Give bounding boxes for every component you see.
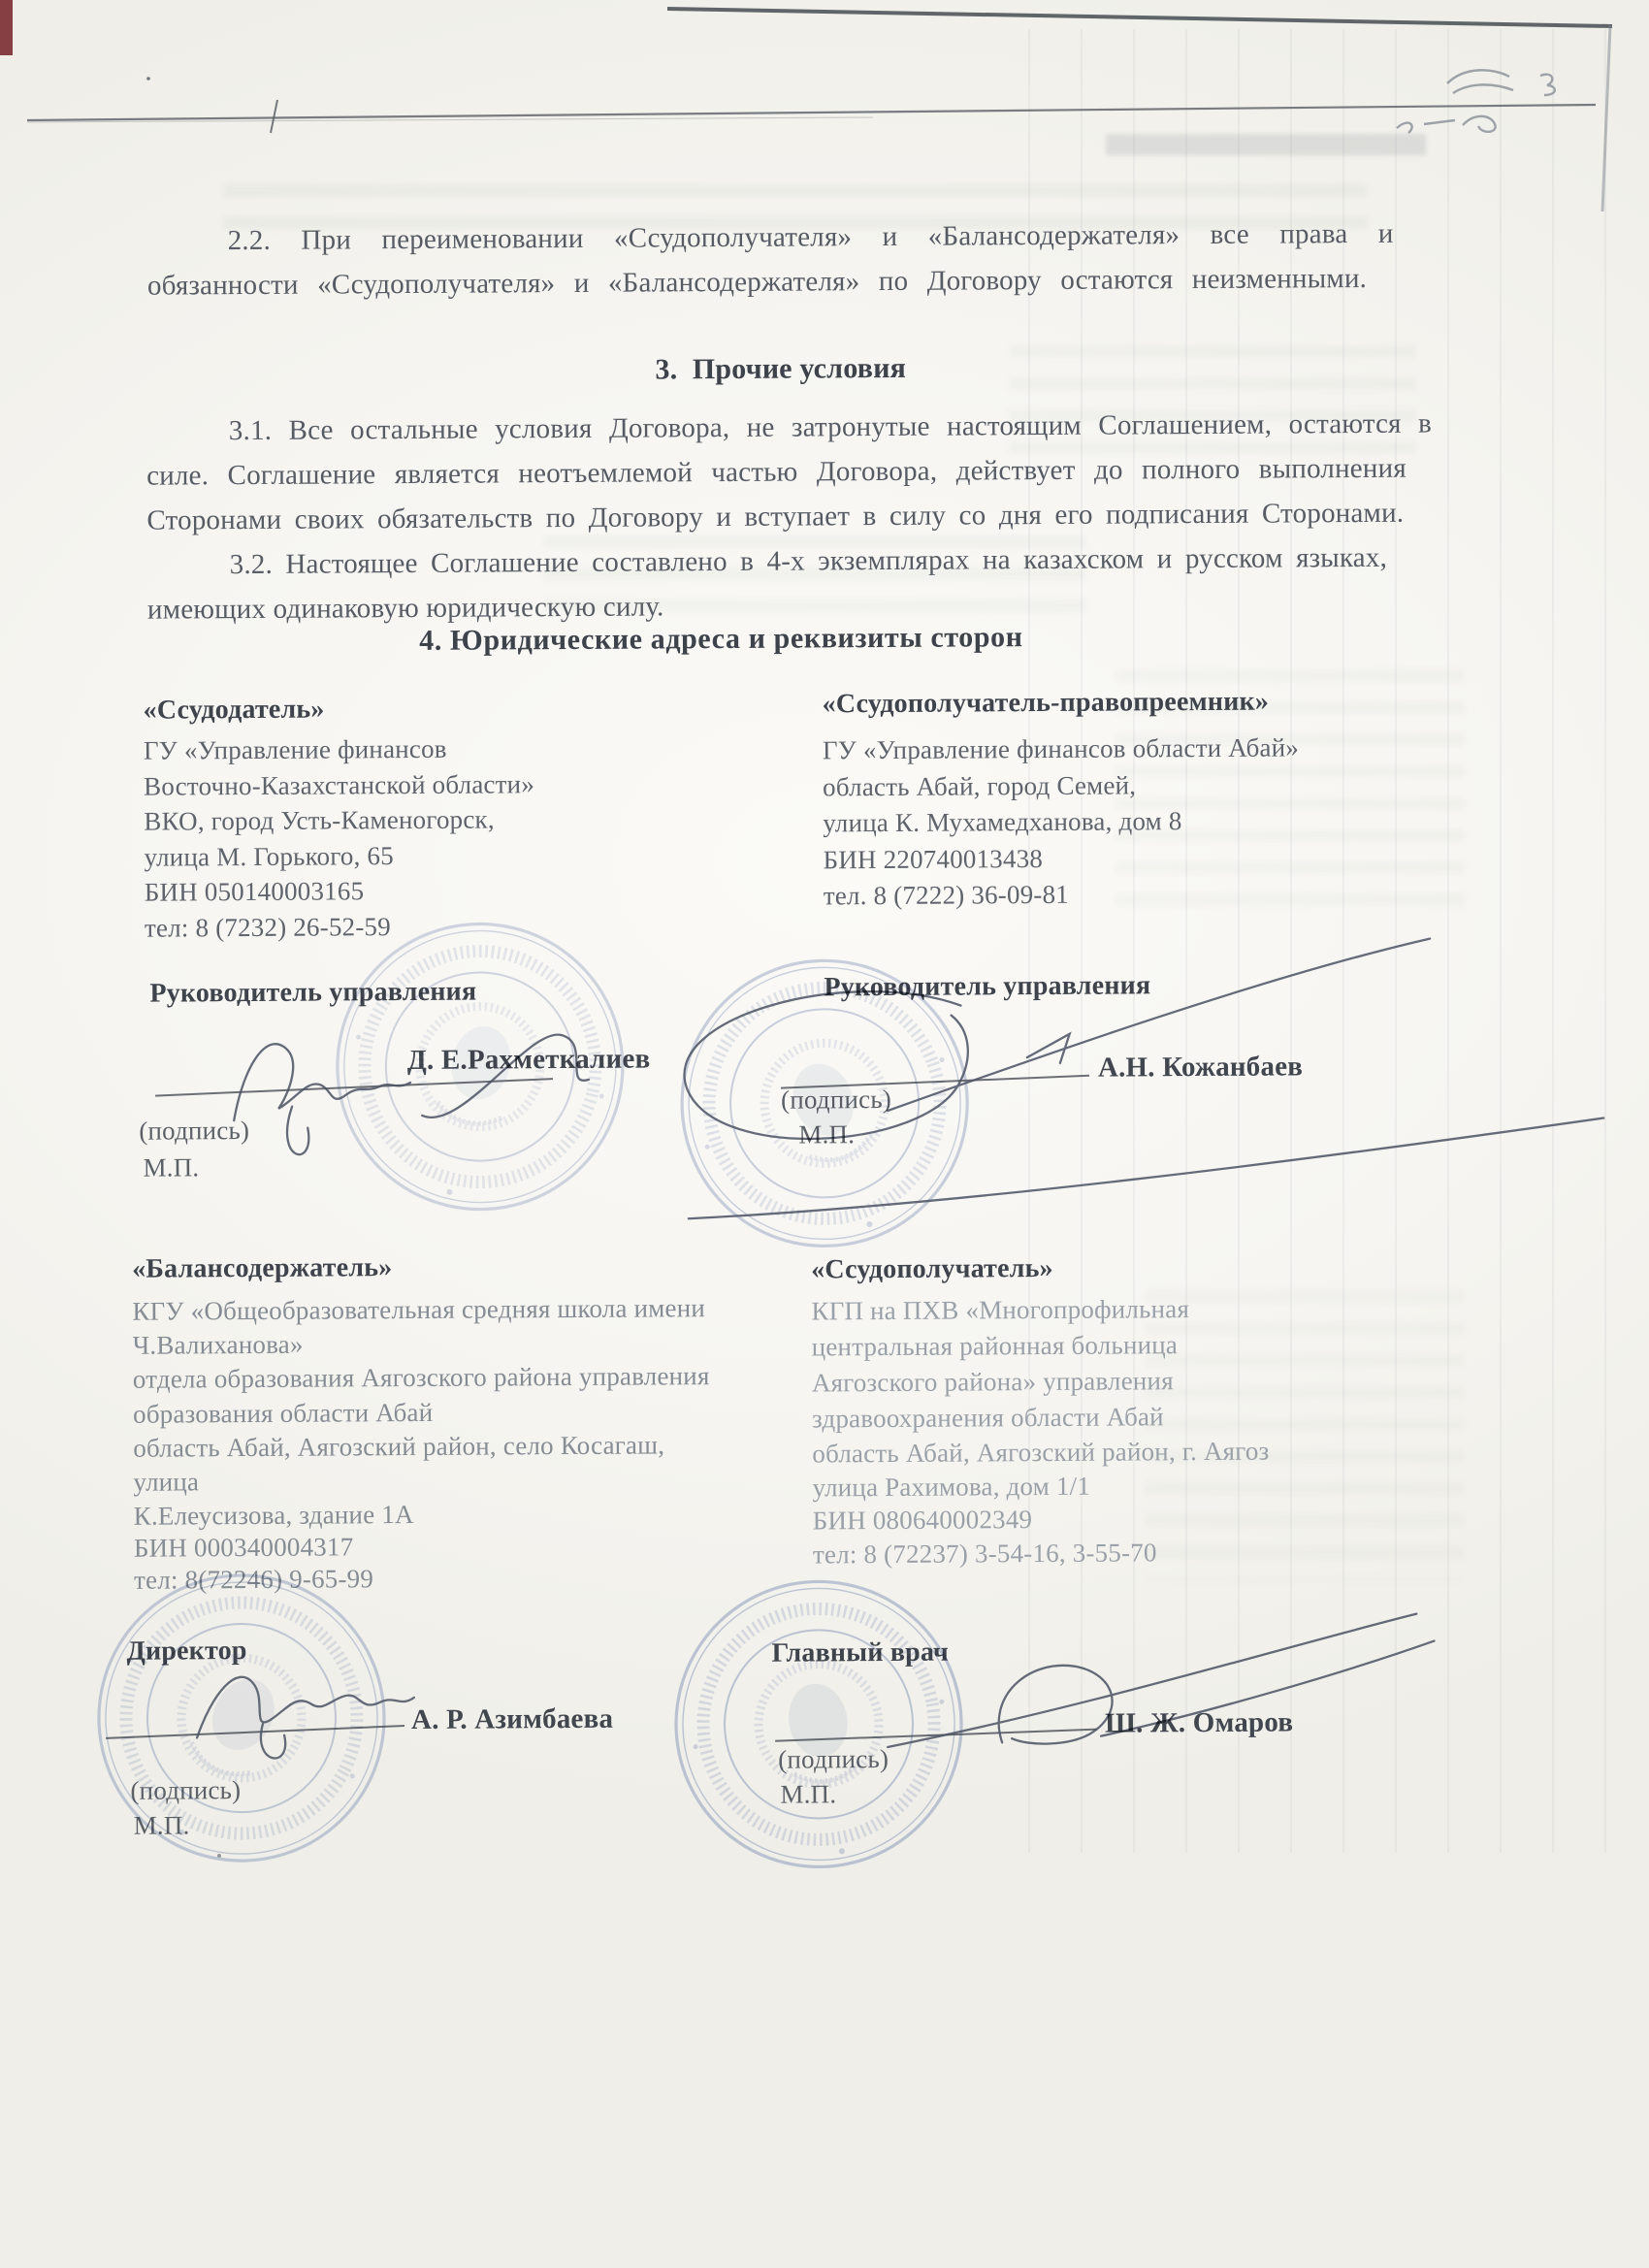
signer-name: А. Р. Азимбаева (411, 1704, 613, 1736)
party-detail-line: БИН 220740013438 (824, 845, 1044, 875)
signature-caption: (подпись) (781, 1085, 891, 1115)
party-detail-line: тел: 8(72246) 9-65-99 (134, 1565, 373, 1595)
section-4-heading: 4. Юридические адреса и реквизиты сторон (419, 621, 1023, 657)
party-detail-line: улица Рахимова, дом 1/1 (812, 1473, 1090, 1503)
stamp-caption: М.П. (780, 1780, 836, 1809)
clause-2-2-line: обязанности «Ссудополучателя» и «Балансо… (147, 264, 1367, 303)
party-detail-line: здравоохранения области Абай (812, 1403, 1164, 1434)
party-title-lender: «Ссудодатель» (144, 696, 325, 727)
party-detail-line: КГУ «Общеобразовательная средняя школа и… (132, 1294, 705, 1326)
stamp-caption: М.П. (798, 1120, 855, 1150)
signature-caption: (подпись) (130, 1776, 241, 1805)
clause-3-2-line: 3.2. Настоящее Соглашение составлено в 4… (230, 543, 1387, 581)
party-detail-line: ГУ «Управление финансов области Абай» (823, 733, 1299, 765)
signer-name: А.Н. Кожанбаев (1098, 1052, 1303, 1084)
handwritten-signature-bottom-left (197, 1676, 415, 1759)
party-detail-line: область Абай, Аягозский район, г. Аягоз (812, 1438, 1269, 1470)
signature-line-top-left (155, 1079, 553, 1096)
party-detail-line: область Абай, Аягозский район, село Коса… (133, 1431, 664, 1463)
signature-caption: (подпись) (139, 1117, 249, 1146)
section-3-heading: 3. Прочие условия (655, 352, 906, 386)
stamp-caption: М.П. (143, 1153, 199, 1183)
party-detail-line: улица М. Горького, 65 (144, 842, 394, 872)
scanned-document-page: 2.2. При переименовании «Ссудополучателя… (0, 0, 1649, 2268)
clause-2-2-line: 2.2. При переименовании «Ссудополучателя… (228, 219, 1394, 257)
signer-role: Руководитель управления (824, 971, 1150, 1003)
party-detail-line: центральная районная больница (812, 1331, 1179, 1362)
clause-3-1-line: Сторонами своих обязательств по Договору… (146, 499, 1404, 537)
clause-3-1-line: 3.1. Все остальные условия Договора, не … (229, 409, 1432, 447)
signature-line-bottom-right (775, 1730, 1097, 1741)
party-detail-line: тел: 8 (7232) 26-52-59 (145, 913, 391, 943)
party-detail-line: Ч.Валиханова» (133, 1331, 304, 1361)
party-detail-line: Аягозского района» управления (812, 1367, 1174, 1398)
party-detail-line: БИН 050140003165 (145, 877, 365, 907)
signer-name: Ш. Ж. Омаров (1105, 1707, 1293, 1739)
signer-role: Директор (126, 1636, 246, 1668)
party-detail-line: БИН 000340004317 (134, 1533, 354, 1563)
party-detail-line: Восточно-Казахстанской области» (144, 770, 534, 801)
party-detail-line: улица (133, 1468, 199, 1497)
signer-role: Руководитель управления (149, 978, 476, 1010)
signature-line-bottom-left (106, 1726, 404, 1738)
document-content: 2.2. При переименовании «Ссудополучателя… (0, 0, 1649, 2268)
party-title-successor: «Ссудополучатель-правопреемник» (823, 688, 1270, 721)
party-detail-line: область Абай, город Семей, (823, 771, 1136, 802)
clause-3-1-line: силе. Соглашение является неотъемлемой ч… (146, 454, 1406, 493)
party-detail-line: ВКО, город Усть-Каменогорск, (144, 805, 495, 836)
party-detail-line: тел: 8 (72237) 3-54-16, 3-55-70 (813, 1539, 1157, 1570)
party-detail-line: тел. 8 (7222) 36-09-81 (824, 881, 1069, 911)
clause-3-2-line: имеющих одинаковую юридическую силу. (147, 592, 664, 626)
party-detail-line: К.Елеусизова, здание 1А (134, 1501, 414, 1531)
party-detail-line: БИН 080640002349 (813, 1506, 1033, 1536)
party-detail-line: ГУ «Управление финансов (144, 735, 447, 766)
party-detail-line: улица К. Мухамедханова, дом 8 (823, 807, 1181, 838)
signer-name: Д. Е.Рахметкалиев (407, 1044, 651, 1076)
party-title-borrower: «Ссудополучатель» (811, 1254, 1053, 1285)
party-detail-line: образования области Абай (133, 1399, 433, 1430)
party-title-balance-holder: «Балансодержатель» (132, 1253, 392, 1284)
party-detail-line: КГП на ПХВ «Многопрофильная (811, 1295, 1189, 1326)
stamp-caption: М.П. (134, 1811, 190, 1840)
signature-caption: (подпись) (778, 1745, 889, 1774)
party-detail-line: отдела образования Аягозского района упр… (133, 1362, 710, 1394)
signer-role: Главный врач (771, 1638, 949, 1669)
official-stamp-bottom-right (653, 1558, 985, 1890)
